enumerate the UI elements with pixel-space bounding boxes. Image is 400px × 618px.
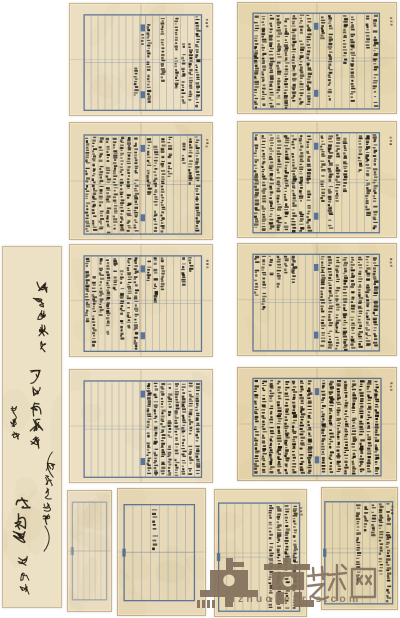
manuscript-sheet-r2R (237, 121, 397, 238)
manuscript-sheet-r5D (321, 487, 398, 610)
manuscript-sheet-r4L (69, 369, 213, 483)
manuscript-sheet-r4R (237, 367, 397, 481)
manuscript-sheet-canvas (214, 489, 307, 617)
manuscript-sheet-r5C (214, 489, 307, 617)
manuscript-sheet-canvas (237, 367, 397, 481)
manuscript-sheet-r3R (237, 243, 397, 356)
manuscript-sheet-r2L (69, 122, 213, 240)
bookseller-wrapper-strip (2, 246, 62, 608)
manuscript-sheet-canvas (67, 490, 112, 612)
manuscript-sheet-canvas (237, 2, 397, 114)
manuscript-sheet-canvas (117, 488, 206, 616)
manuscript-sheet-canvas (69, 244, 213, 357)
manuscript-sheet-canvas (237, 121, 397, 238)
manuscript-sheet-canvas (69, 369, 213, 483)
manuscript-sheet-canvas (237, 243, 397, 356)
manuscript-sheet-r1L (69, 3, 213, 116)
manuscript-sheet-canvas (321, 487, 398, 610)
manuscript-sheet-canvas (69, 3, 213, 116)
manuscript-sheet-r1R (237, 2, 397, 114)
manuscript-sheet-r5A (67, 490, 112, 612)
scanned-lot-photo: izhuokearts.com (0, 0, 400, 618)
manuscript-sheet-r5B (117, 488, 206, 616)
manuscript-sheet-r3L (69, 244, 213, 357)
manuscript-sheet-canvas (69, 122, 213, 240)
